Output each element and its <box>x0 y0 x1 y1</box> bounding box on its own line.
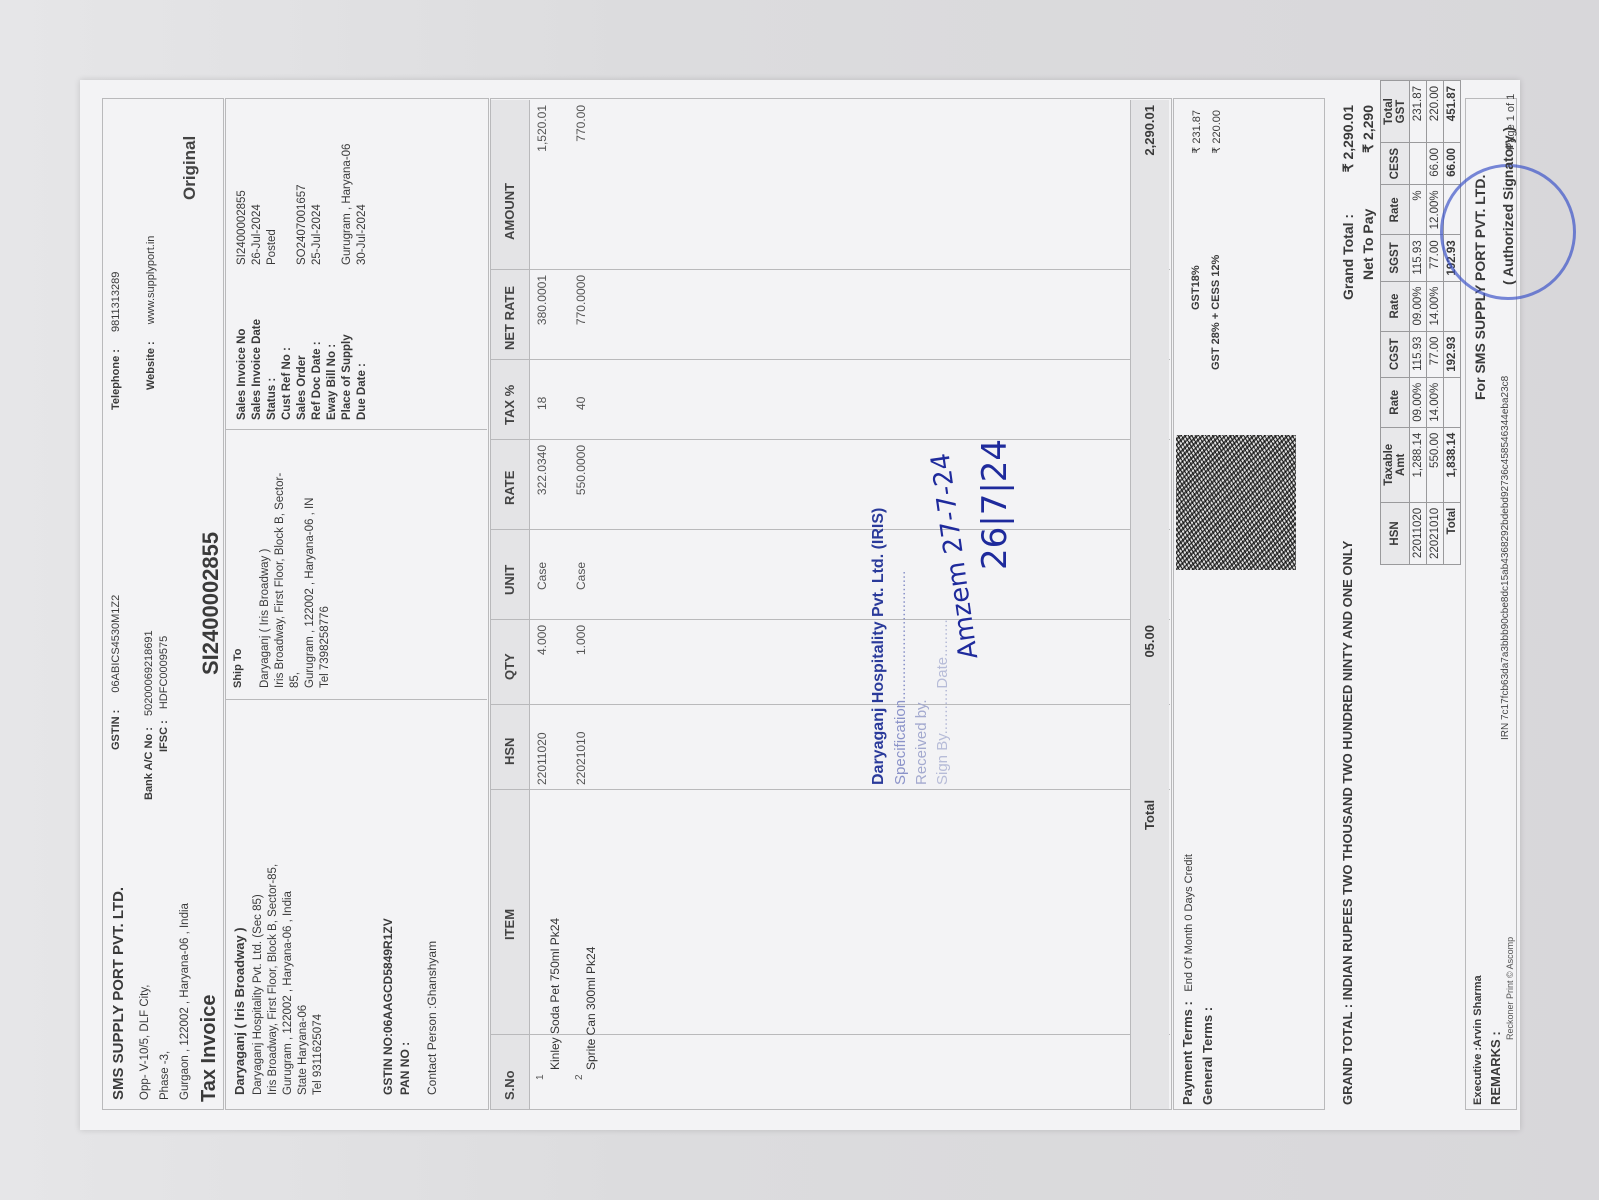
ship-to-line: Gurugram , 122002 , Haryana-06 , IN <box>303 473 318 688</box>
terms-box <box>1173 98 1325 1110</box>
gst-col: Taxable Amt <box>1381 427 1410 502</box>
gst-cell <box>1410 143 1427 185</box>
gst-cell: 1,838.14 <box>1444 427 1461 502</box>
gst-cell: 115.93 <box>1410 235 1427 281</box>
address-line: Phase -3, <box>155 903 175 1100</box>
table-row: 22011020 1,288.14 09.00% 115.93 09.00% 1… <box>1410 81 1427 565</box>
row-item: Sprite Can 300ml Pk24 <box>584 947 598 1070</box>
row-hsn: 22021010 <box>574 732 588 785</box>
gst-cell: 22011020 <box>1410 502 1427 564</box>
col-item: ITEM <box>502 909 517 940</box>
row-tax: 40 <box>574 397 588 410</box>
gstin-label: GSTIN : <box>110 710 122 750</box>
row-qty: 1.000 <box>574 625 588 700</box>
meta-label: Sales Invoice No <box>235 319 250 420</box>
payment-terms-value: End Of Month 0 Days Credit <box>1183 854 1195 992</box>
telephone-value: 9811313289 <box>110 272 122 332</box>
invoice-meta-values: SI2400002855 26-Jul-2024 Posted SO240700… <box>235 144 370 265</box>
invoice-meta-labels: Sales Invoice No Sales Invoice Date Stat… <box>235 319 370 420</box>
meta-value: SO2407001657 <box>295 144 310 265</box>
gst-cell: 77.00 <box>1427 331 1444 377</box>
gst18-label: GST18% <box>1190 265 1202 310</box>
total-amount: 2,290.01 <box>1142 105 1157 265</box>
col-hsn: HSN <box>502 738 517 765</box>
gst-cell: 220.00 <box>1427 81 1444 143</box>
telephone-row: Telephone : 9811313289 <box>110 272 122 410</box>
bill-to-line: Iris Broadway, First Floor, Block B, Sec… <box>266 864 281 1095</box>
ifsc-value: HDFC0009575 <box>158 636 170 709</box>
gst-col: Rate <box>1381 281 1410 331</box>
row-item: Kinley Soda Pet 750ml Pk24 <box>548 918 562 1070</box>
payment-terms-label: Payment Terms : <box>1180 1001 1195 1105</box>
meta-value <box>325 144 340 265</box>
page-number: Page 1 of 1 <box>1505 94 1517 150</box>
items-header-bg <box>491 100 529 1109</box>
meta-label: Sales Invoice Date <box>250 319 265 420</box>
meta-value <box>280 144 295 265</box>
row-rate: 550.0000 <box>574 445 588 525</box>
copy-label: Original <box>180 136 200 200</box>
bank-label: Bank A/C No : <box>143 727 155 800</box>
meta-value: 26-Jul-2024 <box>250 144 265 265</box>
gst18-value: ₹ 231.87 <box>1190 110 1203 210</box>
bill-to-line: Gurugram , 122002 , Haryana-06 , India <box>281 864 296 1095</box>
ifsc-label: IFSC : <box>158 720 170 752</box>
meta-label: Sales Order <box>295 319 310 420</box>
company-name: SMS SUPPLY PORT PVT. LTD. <box>110 887 127 1100</box>
net-to-pay-label: Net To Pay <box>1360 209 1376 280</box>
meta-value: SI2400002855 <box>235 144 250 265</box>
col-qty: QTY <box>502 653 517 680</box>
meta-label: Status : <box>265 319 280 420</box>
ship-to-line: Tel 7398258776 <box>318 473 333 688</box>
gst-col: SGST <box>1381 235 1410 281</box>
meta-label: Cust Ref No : <box>280 319 295 420</box>
col-sno: S.No <box>502 1070 517 1100</box>
irn-number: IRN 7c17fcb63da7a3bbb90cbe8dc15ab4368292… <box>1500 376 1511 740</box>
net-to-pay-value: ₹ 2,290 <box>1360 105 1377 210</box>
authorized-signatory: ( Authorized Signatory ) <box>1500 127 1516 285</box>
col-amount: AMOUNT <box>502 183 517 240</box>
row-sno: 2 <box>574 1074 585 1080</box>
col-net-rate: NET RATE <box>502 286 517 350</box>
row-qty: 4.000 <box>535 625 549 700</box>
bill-to-line: State Haryana-06 <box>296 864 311 1095</box>
address-line: Opp- V-10/5, DLF City, <box>135 903 155 1100</box>
meta-value: Posted <box>265 144 280 265</box>
invoice-photo: SMS SUPPLY PORT PVT. LTD. Opp- V-10/5, D… <box>80 20 1580 1185</box>
website-value: www.supplyport.in <box>145 236 157 325</box>
gst-col: Rate <box>1381 185 1410 235</box>
print-credit: Reckoner Print © Ascomp <box>1505 937 1515 1040</box>
gst-cell: % <box>1410 185 1427 235</box>
col-tax: TAX % <box>502 385 517 425</box>
gst-cell: 550.00 <box>1427 427 1444 502</box>
ship-to-line: 85, <box>288 473 303 688</box>
meta-label: Eway Bill No : <box>325 319 340 420</box>
gst-cell: 66.00 <box>1427 143 1444 185</box>
amount-in-words: GRAND TOTAL : INDIAN RUPEES TWO THOUSAND… <box>1340 505 1356 1105</box>
gst-cell: 451.87 <box>1444 81 1461 143</box>
receiver-received-by: Received by. <box>913 508 930 785</box>
website-row: Website : www.supplyport.in <box>145 236 157 390</box>
bill-to: Daryaganj ( Iris Broadway ) Daryaganj Ho… <box>232 864 441 1095</box>
row-net-rate: 380.0001 <box>535 275 549 355</box>
gst-cell: 66.00 <box>1444 143 1461 185</box>
gst-cell: 14.00% <box>1427 281 1444 331</box>
table-row: 22021010 550.00 14.00% 77.00 14.00% 77.0… <box>1427 81 1444 565</box>
row-tax: 18 <box>535 397 549 410</box>
grand-total-value: ₹ 2,290.01 <box>1340 105 1357 210</box>
doc-title: Tax Invoice <box>198 995 221 1102</box>
grand-total-label: Grand Total : <box>1340 214 1356 300</box>
meta-value: 25-Jul-2024 <box>310 144 325 265</box>
gstin-row: GSTIN : 06ABICS4530M1Z2 <box>110 595 122 750</box>
gst-cell: 22021010 <box>1427 502 1444 564</box>
ship-to-line: Daryaganj ( Iris Broadway ) <box>258 473 273 688</box>
gst-table-header: HSN Taxable Amt Rate CGST Rate SGST Rate… <box>1381 81 1410 565</box>
website-label: Website : <box>145 341 157 390</box>
gst-total-row: Total 1,838.14 192.93 192.93 66.00 451.8… <box>1444 81 1461 565</box>
gst-col: Rate <box>1381 377 1410 427</box>
total-qty: 05.00 <box>1142 625 1157 700</box>
receiver-company: Daryaganj Hospitality Pvt. Ltd. (IRIS) <box>870 508 888 785</box>
ship-to-line: Iris Broadway, First Floor, Block B, Sec… <box>273 473 288 688</box>
e-invoice-qr-code <box>1176 435 1296 570</box>
gst-col: Total GST <box>1381 81 1410 143</box>
row-amount: 770.00 <box>574 105 588 265</box>
row-unit: Case <box>535 562 549 590</box>
remarks-label: REMARKS : <box>1488 1031 1503 1105</box>
executive-name: Executive :Arvin Sharma <box>1472 975 1484 1105</box>
gst-cell: 115.93 <box>1410 331 1427 377</box>
gst-cell: Total <box>1444 502 1461 564</box>
row-sno: 1 <box>535 1074 546 1080</box>
gst-cell: 1,288.14 <box>1410 427 1427 502</box>
receiver-specification: Specification...........................… <box>892 508 909 785</box>
gstin-value: 06ABICS4530M1Z2 <box>110 595 122 693</box>
company-address: Opp- V-10/5, DLF City, Phase -3, Gurgaon… <box>135 903 195 1100</box>
gst-breakdown-table: HSN Taxable Amt Rate CGST Rate SGST Rate… <box>1380 80 1461 565</box>
address-line: Gurgaon , 122002 , Haryana-06 , India <box>175 903 195 1100</box>
bill-to-gstin: GSTIN NO:06AAGCD5849R1ZV <box>380 864 397 1095</box>
meta-label: Ref Doc Date : <box>310 319 325 420</box>
gst-cell <box>1444 281 1461 331</box>
row-hsn: 22011020 <box>535 733 549 786</box>
telephone-label: Telephone : <box>110 349 122 410</box>
gst28-value: ₹ 220.00 <box>1210 110 1223 210</box>
bill-to-name: Daryaganj ( Iris Broadway ) <box>232 864 247 1095</box>
gst-cell <box>1444 377 1461 427</box>
invoice-sheet: SMS SUPPLY PORT PVT. LTD. Opp- V-10/5, D… <box>80 80 1520 1130</box>
gst-col: HSN <box>1381 502 1410 564</box>
invoice-number-big: SI2400002855 <box>198 532 224 675</box>
meta-value: 30-Jul-2024 <box>355 144 370 265</box>
bill-to-line: Tel 9311625074 <box>311 864 326 1095</box>
handwritten-date: 26|7|24 <box>975 439 1015 570</box>
bill-to-line: Daryaganj Hospitality Pvt. Ltd. (Sec 85) <box>251 864 266 1095</box>
general-terms-label: General Terms : <box>1200 1007 1215 1105</box>
gst28-label: GST 28% + CESS 12% <box>1210 255 1222 370</box>
bank-no: 50200069218691 <box>143 630 155 716</box>
col-unit: UNIT <box>502 565 517 595</box>
row-unit: Case <box>574 562 588 590</box>
gst-cell: 09.00% <box>1410 281 1427 331</box>
gst-col: CESS <box>1381 143 1410 185</box>
meta-label: Due Date : <box>355 319 370 420</box>
row-amount: 1,520.01 <box>535 105 549 265</box>
row-rate: 322.0340 <box>535 445 549 525</box>
meta-label: Place of Supply <box>340 319 355 420</box>
bank-details: Bank A/C No : 50200069218691 IFSC : HDFC… <box>142 630 172 800</box>
total-label: Total <box>1142 800 1157 830</box>
contact-person: Contact Person :Ghanshyam <box>424 864 441 1095</box>
gst-cell: 231.87 <box>1410 81 1427 143</box>
gst-cell: 192.93 <box>1444 331 1461 377</box>
payment-terms: Payment Terms : End Of Month 0 Days Cred… <box>1180 854 1195 1105</box>
ship-to: Ship To Daryaganj ( Iris Broadway ) Iris… <box>232 473 333 688</box>
gst-cell: 14.00% <box>1427 377 1444 427</box>
col-rate: RATE <box>502 471 517 505</box>
gst-cell: 09.00% <box>1410 377 1427 427</box>
ship-to-heading: Ship To <box>232 473 244 688</box>
bill-to-pan: PAN NO : <box>397 864 414 1095</box>
gst-col: CGST <box>1381 331 1410 377</box>
row-net-rate: 770.0000 <box>574 275 588 355</box>
meta-value: Gurugram , Haryana-06 <box>340 144 355 265</box>
